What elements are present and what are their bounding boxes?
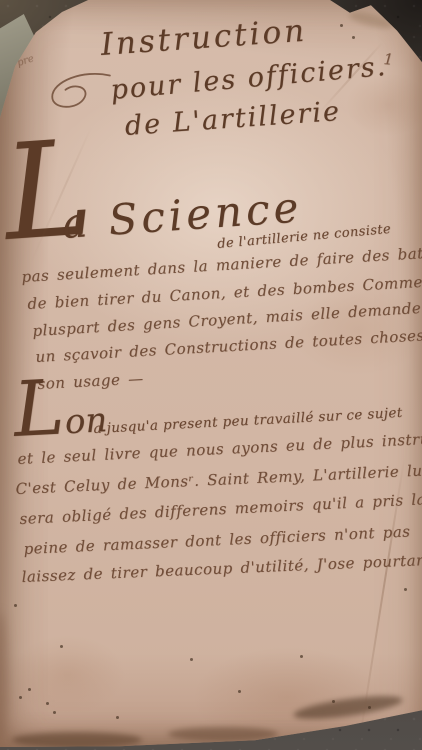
ink-speckle bbox=[404, 588, 407, 591]
ink-speckle bbox=[60, 645, 63, 648]
edge-stain bbox=[0, 612, 8, 742]
ink-speckle bbox=[19, 696, 22, 699]
ink-speckle bbox=[53, 711, 56, 714]
ink-speckle bbox=[46, 702, 49, 705]
book-page: pre 1 Instruction pour les officiers. de… bbox=[0, 0, 422, 750]
manuscript-line: peine de ramasser dont les officiers n'o… bbox=[23, 522, 411, 558]
edge-stain bbox=[292, 691, 403, 723]
title-line-3: de L'artillerie bbox=[124, 96, 342, 142]
paragraph-2-lead-small: a jusqu'a present peu travaillé sur ce s… bbox=[93, 405, 403, 437]
edge-stain bbox=[347, 9, 395, 32]
ink-speckle bbox=[14, 604, 17, 607]
title-line-1: Instruction bbox=[99, 13, 308, 63]
ink-speckle bbox=[368, 706, 371, 709]
ink-speckle bbox=[300, 655, 303, 658]
edge-stain bbox=[12, 732, 142, 748]
ink-speckle bbox=[28, 688, 31, 691]
manuscript-photo: pre 1 Instruction pour les officiers. de… bbox=[0, 0, 422, 750]
ink-speckle bbox=[352, 36, 355, 39]
ink-speckle bbox=[116, 716, 119, 719]
edge-stain bbox=[168, 727, 278, 741]
ink-speckle bbox=[332, 700, 335, 703]
ink-speckle bbox=[340, 24, 343, 27]
ink-speckle bbox=[238, 690, 241, 693]
ink-speckle bbox=[190, 658, 193, 661]
manuscript-line: laissez de tirer beaucoup d'utilité, J'o… bbox=[21, 551, 422, 586]
paragraph-2-lead-large: Lon bbox=[12, 376, 109, 454]
manuscript-line: sera obligé des differens memoirs qu'il … bbox=[19, 490, 422, 528]
